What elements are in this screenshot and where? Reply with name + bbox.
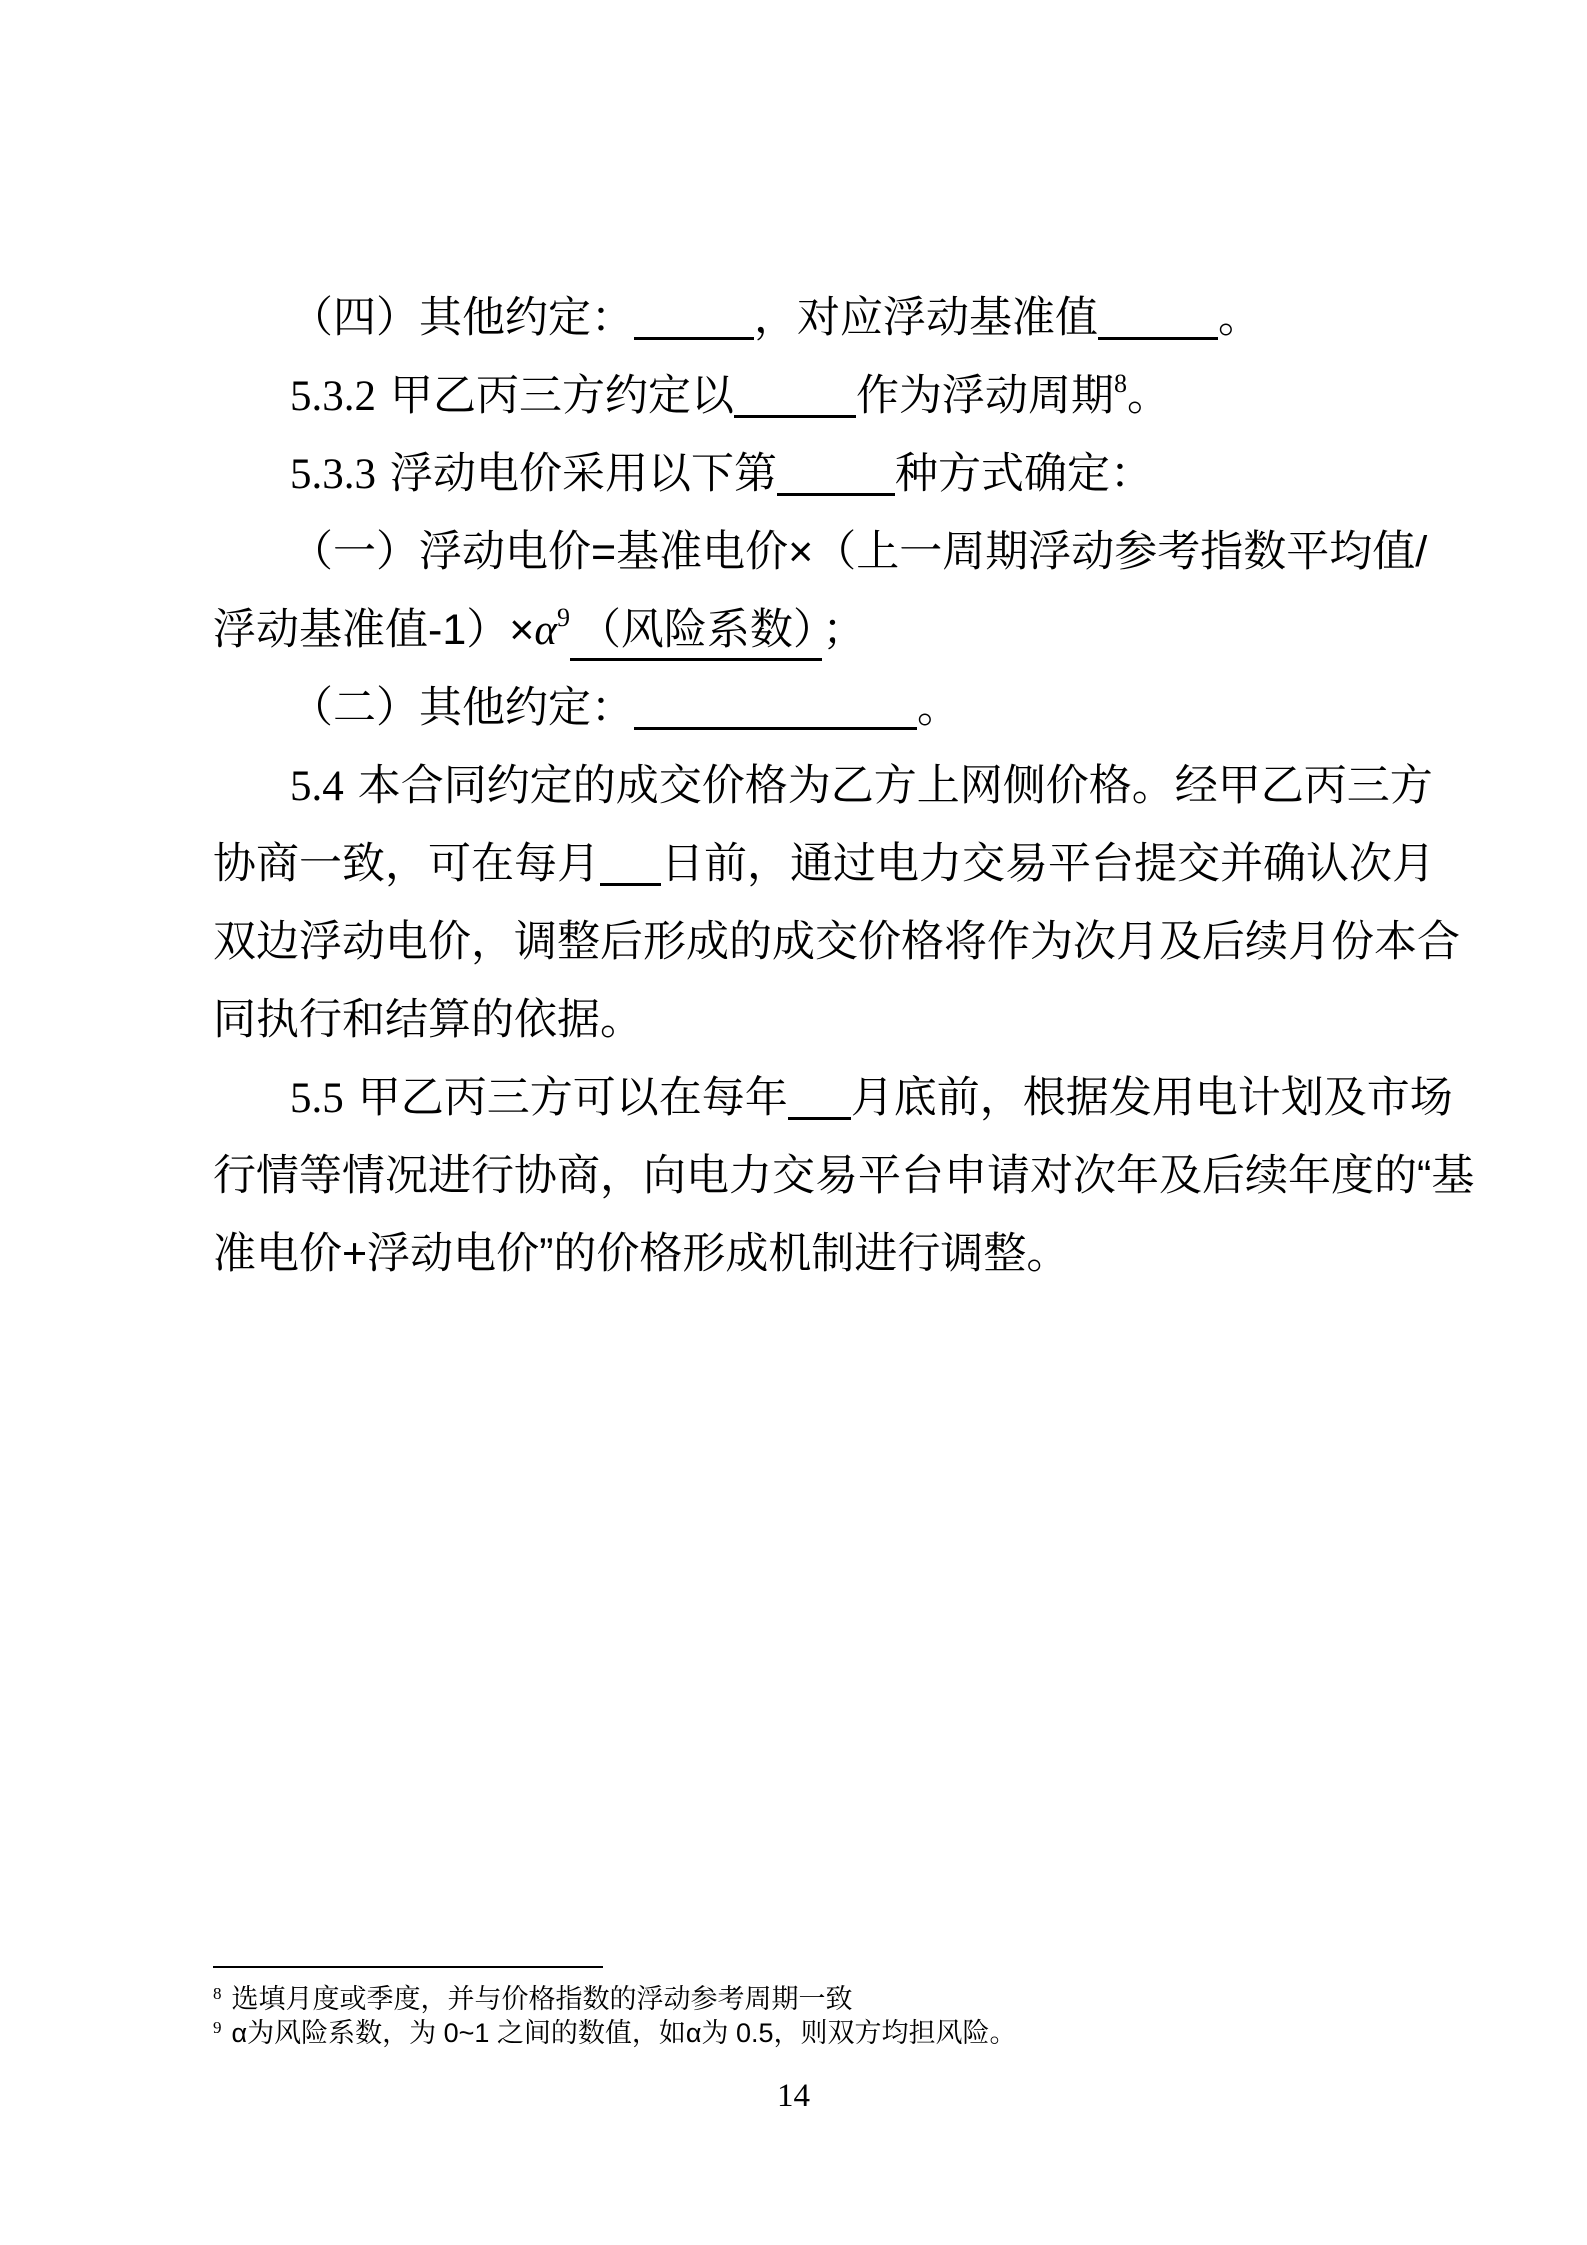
footnote-ref-9: 9	[557, 603, 570, 632]
contract-text-body: （四）其他约定：，对应浮动基准值。 5.3.2甲乙丙三方约定以作为浮动周期8。 …	[213, 279, 1393, 1293]
clause-5-4-line-1: 5.4本合同约定的成交价格为乙方上网侧价格。经甲乙丙三方	[213, 747, 1393, 825]
clause-5-3-2-line: 5.3.2甲乙丙三方约定以作为浮动周期8。	[213, 357, 1393, 435]
clause-text: 准电价+浮动电价”的价格形成机制进行调整。	[213, 1230, 1069, 1278]
footnote-ref-8: 8	[1114, 369, 1127, 398]
clause-2-other-agreement-line: （二）其他约定：。	[213, 669, 1393, 747]
clause-number: 5.5	[290, 1075, 344, 1122]
blank-field-other-agreement-2	[634, 687, 917, 730]
clause-number: 5.3.3	[290, 451, 376, 498]
clause-number: 5.4	[290, 763, 344, 810]
clause-text: 。	[1218, 294, 1261, 342]
page-number: 14	[0, 2078, 1587, 2114]
clause-5-4-line-4: 同执行和结算的依据。	[213, 981, 1393, 1059]
blank-field-float-period	[734, 375, 856, 418]
formula-line-2: 浮动基准值-1）×α9（风险系数）；	[213, 591, 1393, 669]
document-page: （四）其他约定：，对应浮动基准值。 5.3.2甲乙丙三方约定以作为浮动周期8。 …	[0, 0, 1587, 2245]
clause-5-3-3-line: 5.3.3浮动电价采用以下第种方式确定：	[213, 435, 1393, 513]
clause-text: 。	[1127, 372, 1170, 420]
clause-text: 种方式确定：	[895, 450, 1153, 498]
clause-text: （二）其他约定：	[290, 684, 634, 732]
clause-5-4-line-3: 双边浮动电价，调整后形成的成交价格将作为次月及后续月份本合	[213, 903, 1393, 981]
footnote-separator	[213, 1966, 603, 1968]
clause-text: 日前，通过电力交易平台提交并确认次月	[661, 840, 1435, 888]
clause-text: 浮动电价采用以下第	[390, 450, 777, 498]
footnote-9: 9α为风险系数，为 0~1 之间的数值，如α为 0.5，则双方均担风险。	[213, 2016, 1393, 2050]
footnote-8-marker: 8	[213, 1984, 222, 2003]
clause-text: 浮动基准值-1）×	[213, 606, 534, 654]
clause-text: 甲乙丙三方可以在每年	[358, 1074, 788, 1122]
blank-field-other-agreement	[634, 297, 754, 340]
clause-number: 5.3.2	[290, 373, 376, 420]
clause-text: 双边浮动电价，调整后形成的成交价格将作为次月及后续月份本合	[213, 918, 1460, 966]
blank-field-month	[788, 1077, 851, 1120]
clause-4-other-agreement-line: （四）其他约定：，对应浮动基准值。	[213, 279, 1393, 357]
clause-text: ；	[822, 606, 865, 654]
clause-text: （四）其他约定：	[290, 294, 634, 342]
blank-field-day	[600, 843, 661, 886]
clause-text: 。	[917, 684, 960, 732]
clause-text: 同执行和结算的依据。	[213, 996, 643, 1044]
clause-text: 甲乙丙三方约定以	[390, 372, 734, 420]
footnotes-section: 8选填月度或季度，并与价格指数的浮动参考周期一致 9α为风险系数，为 0~1 之…	[213, 1966, 1393, 2050]
clause-5-5-line-1: 5.5甲乙丙三方可以在每年月底前，根据发用电计划及市场	[213, 1059, 1393, 1137]
clause-5-5-line-3: 准电价+浮动电价”的价格形成机制进行调整。	[213, 1215, 1393, 1293]
clause-5-4-line-2: 协商一致，可在每月日前，通过电力交易平台提交并确认次月	[213, 825, 1393, 903]
clause-text: 协商一致，可在每月	[213, 840, 600, 888]
clause-5-5-line-2: 行情等情况进行协商，向电力交易平台申请对次年及后续年度的“基	[213, 1137, 1393, 1215]
blank-field-float-baseline	[1098, 297, 1218, 340]
risk-coefficient-underlined: （风险系数）	[570, 606, 823, 661]
clause-text: （一）浮动电价=基准电价×（上一周期浮动参考指数平均值/	[290, 528, 1427, 576]
footnote-8: 8选填月度或季度，并与价格指数的浮动参考周期一致	[213, 1982, 1393, 2016]
clause-text: 作为浮动周期	[856, 372, 1114, 420]
clause-text: 本合同约定的成交价格为乙方上网侧价格。经甲乙丙三方	[358, 762, 1433, 810]
alpha-symbol: α	[534, 607, 557, 654]
formula-line-1: （一）浮动电价=基准电价×（上一周期浮动参考指数平均值/	[213, 513, 1393, 591]
footnote-8-text: 选填月度或季度，并与价格指数的浮动参考周期一致	[232, 1984, 853, 2014]
footnote-9-marker: 9	[213, 2018, 222, 2037]
clause-text: 行情等情况进行协商，向电力交易平台申请对次年及后续年度的“基	[213, 1152, 1474, 1200]
footnote-9-text: α为风险系数，为 0~1 之间的数值，如α为 0.5，则双方均担风险。	[232, 2018, 1017, 2048]
blank-field-method-number	[777, 453, 895, 496]
clause-text: 月底前，根据发用电计划及市场	[851, 1074, 1453, 1122]
clause-text: ，对应浮动基准值	[754, 294, 1098, 342]
